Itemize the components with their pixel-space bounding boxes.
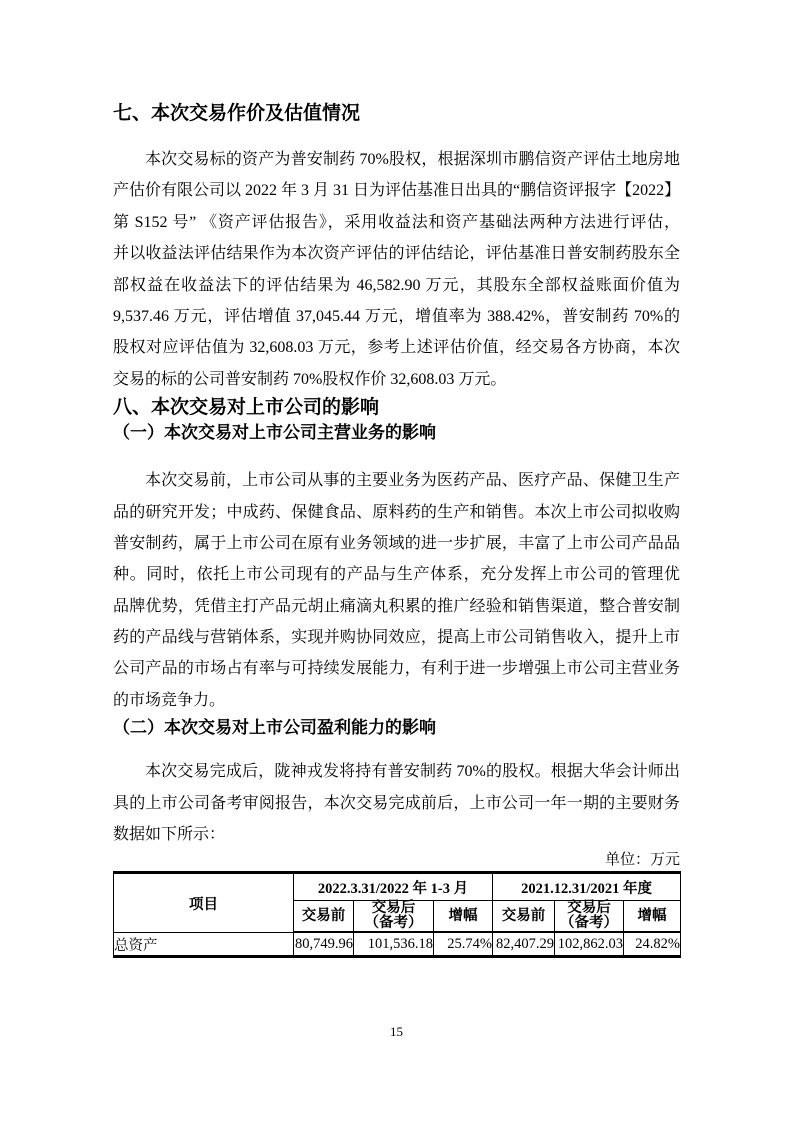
section-8-2-heading: （二）本次交易对上市公司盈利能力的影响 (113, 716, 680, 740)
paragraph-line: 种。同时，依托上市公司现有的产品与生产体系，充分发挥上市公司的管理优势、 (113, 559, 680, 590)
financial-data-table: 项目 2022.3.31/2022 年 1-3 月 2021.12.31/202… (113, 871, 681, 958)
paragraph-line: 本次交易前，上市公司从事的主要业务为医药产品、医疗产品、保健卫生产 (113, 465, 680, 496)
section-8-1-heading: （一）本次交易对上市公司主营业务的影响 (113, 421, 680, 445)
table-header-change-2021: 增幅 (624, 901, 681, 933)
paragraph-line: 的市场竞争力。 (113, 685, 680, 716)
table-cell-pre-2022: 80,749.96 (294, 932, 354, 957)
paragraph-line: 品牌优势，凭借主打产品元胡止痛滴丸积累的推广经验和销售渠道，整合普安制 (113, 591, 680, 622)
table-header-period-2022: 2022.3.31/2022 年 1-3 月 (294, 873, 493, 901)
table-row-total-assets: 总资产 80,749.96 101,536.18 25.74% 82,407.2… (114, 932, 681, 957)
table-header-post-2021: 交易后（备考） (555, 901, 624, 933)
table-cell-change-2021: 24.82% (624, 932, 681, 957)
table-unit-note: 单位：万元 (113, 850, 680, 871)
table-cell-post-2021: 102,862.03 (555, 932, 624, 957)
document-content: 七、本次交易作价及估值情况 本次交易标的资产为普安制药 70%股权，根据深圳市鹏… (0, 0, 793, 958)
paragraph-line: 本次交易完成后，陇神戎发将持有普安制药 70%的股权。根据大华会计师出 (113, 756, 680, 787)
paragraph-line: 具的上市公司备考审阅报告，本次交易完成前后，上市公司一年一期的主要财务 (113, 788, 680, 819)
document-page: 七、本次交易作价及估值情况 本次交易标的资产为普安制药 70%股权，根据深圳市鹏… (0, 0, 793, 1122)
paragraph-line: 第 S152 号” 《资产评估报告》，采用收益法和资产基础法两种方法进行评估， (113, 207, 680, 238)
paragraph-line: 9,537.46 万元，评估增值 37,045.44 万元，增值率为 388.4… (113, 301, 680, 332)
table-header-period-2021: 2021.12.31/2021 年度 (493, 873, 681, 901)
paragraph-line: 普安制药，属于上市公司在原有业务领域的进一步扩展，丰富了上市公司产品品 (113, 528, 680, 559)
table-cell-change-2022: 25.74% (434, 932, 493, 957)
table-cell-pre-2021: 82,407.29 (493, 932, 555, 957)
table-header-pre-2022: 交易前 (294, 901, 354, 933)
table-cell-post-2022: 101,536.18 (354, 932, 434, 957)
paragraph-line: 部权益在收益法下的评估结果为 46,582.90 万元，其股东全部权益账面价值为 (113, 270, 680, 301)
paragraph-line: 品的研究开发；中成药、保健食品、原料药的生产和销售。本次上市公司拟收购 (113, 497, 680, 528)
section-7-heading: 七、本次交易作价及估值情况 (113, 101, 680, 127)
page-number: 15 (0, 1024, 793, 1040)
paragraph-line: 产估价有限公司以 2022 年 3 月 31 日为评估基准日出具的“鹏信资评报字… (113, 175, 680, 206)
section-8-2-paragraph: 本次交易完成后，陇神戎发将持有普安制药 70%的股权。根据大华会计师出具的上市公… (113, 756, 680, 850)
section-8-heading: 八、本次交易对上市公司的影响 (113, 395, 680, 421)
table-header-post-2022-line2: （备考） (365, 915, 423, 931)
section-8-1-paragraph: 本次交易前，上市公司从事的主要业务为医药产品、医疗产品、保健卫生产品的研究开发；… (113, 465, 680, 716)
table-header-change-2022: 增幅 (434, 901, 493, 933)
paragraph-line: 交易的标的公司普安制药 70%股权作价 32,608.03 万元。 (113, 364, 680, 395)
table-header-item: 项目 (114, 873, 294, 933)
paragraph-line: 股权对应评估值为 32,608.03 万元，参考上述评估价值，经交易各方协商，本… (113, 332, 680, 363)
table-header-post-2021-line2: （备考） (560, 915, 618, 931)
paragraph-line: 药的产品线与营销体系，实现并购协同效应，提高上市公司销售收入，提升上市 (113, 622, 680, 653)
section-7-paragraph: 本次交易标的资产为普安制药 70%股权，根据深圳市鹏信资产评估土地房地产估价有限… (113, 144, 680, 395)
paragraph-line: 并以收益法评估结果作为本次资产评估的评估结论，评估基准日普安制药股东全 (113, 238, 680, 269)
paragraph-line: 公司产品的市场占有率与可持续发展能力，有利于进一步增强上市公司主营业务 (113, 653, 680, 684)
table-period-header-row: 项目 2022.3.31/2022 年 1-3 月 2021.12.31/202… (114, 873, 681, 901)
table-header-pre-2021: 交易前 (493, 901, 555, 933)
paragraph-line: 本次交易标的资产为普安制药 70%股权，根据深圳市鹏信资产评估土地房地 (113, 144, 680, 175)
table-cell-item: 总资产 (114, 932, 294, 957)
table-header-post-2022: 交易后（备考） (354, 901, 434, 933)
paragraph-line: 数据如下所示： (113, 819, 680, 850)
